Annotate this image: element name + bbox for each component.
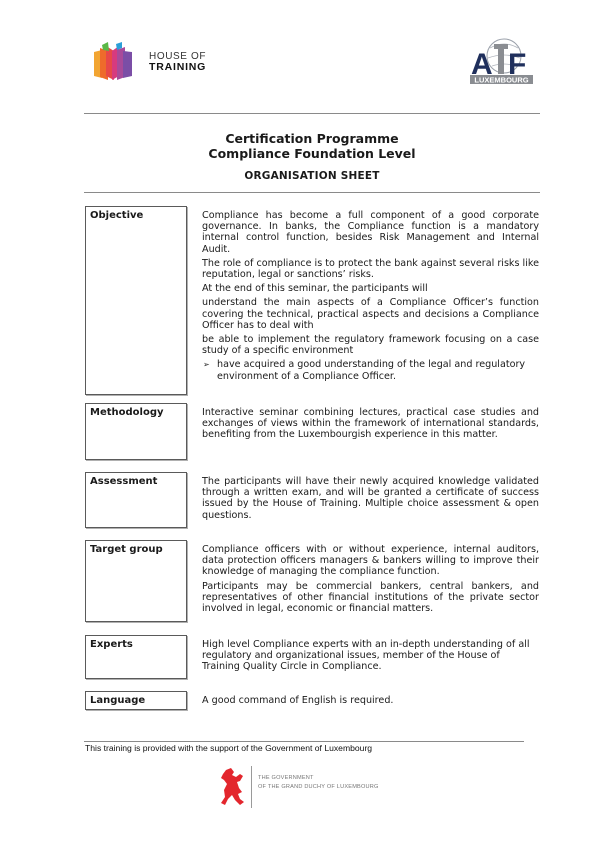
objective-label: Objective	[85, 206, 187, 395]
target-group-label: Target group	[85, 540, 187, 622]
arrow-bullet-icon: ➢	[202, 359, 217, 381]
target-group-paragraph: Compliance officers with or without expe…	[202, 544, 539, 578]
methodology-label: Methodology	[85, 403, 187, 460]
header-divider	[84, 113, 540, 114]
footer-divider	[84, 741, 524, 742]
house-of-training-logo: HOUSE OF TRAINING	[92, 42, 222, 82]
title-divider	[84, 192, 540, 193]
objective-paragraph: understand the main aspects of a Complia…	[202, 297, 539, 331]
assessment-content: The participants will have their newly a…	[202, 476, 539, 524]
organisation-sheet-heading: ORGANISATION SHEET	[84, 170, 540, 182]
objective-bullet: ➢ have acquired a good understanding of …	[202, 359, 539, 381]
title-line-1: Certification Programme	[84, 131, 540, 146]
red-lion-icon	[218, 766, 248, 808]
objective-content: Compliance has become a full component o…	[202, 210, 539, 382]
assessment-paragraph: The participants will have their newly a…	[202, 476, 539, 521]
luxembourg-government-logo: THE GOVERNMENT OF THE GRAND DUCHY OF LUX…	[218, 766, 418, 808]
language-paragraph: A good command of English is required.	[202, 695, 539, 706]
experts-content: High level Compliance experts with an in…	[202, 639, 539, 676]
target-group-content: Compliance officers with or without expe…	[202, 544, 539, 617]
objective-paragraph: At the end of this seminar, the particip…	[202, 283, 539, 294]
experts-paragraph: High level Compliance experts with an in…	[202, 639, 539, 673]
svg-text:LUXEMBOURG: LUXEMBOURG	[474, 76, 528, 85]
experts-label: Experts	[85, 635, 187, 679]
book-logo-icon	[92, 42, 134, 80]
language-label: Language	[85, 691, 187, 710]
gov-line-2: OF THE GRAND DUCHY OF LUXEMBOURG	[258, 783, 379, 792]
target-group-paragraph: Participants may be commercial bankers, …	[202, 581, 539, 615]
support-statement: This training is provided with the suppo…	[85, 743, 372, 753]
gov-line-1: THE GOVERNMENT	[258, 774, 379, 783]
objective-paragraph: Compliance has become a full component o…	[202, 210, 539, 255]
assessment-label: Assessment	[85, 472, 187, 528]
logo-line-2: TRAINING	[149, 62, 206, 73]
document-title: Certification Programme Compliance Found…	[84, 131, 540, 161]
logo-separator	[251, 766, 252, 808]
language-content: A good command of English is required.	[202, 695, 539, 709]
atf-globe-icon: A F LUXEMBOURG	[468, 36, 536, 84]
methodology-paragraph: Interactive seminar combining lectures, …	[202, 407, 539, 441]
methodology-content: Interactive seminar combining lectures, …	[202, 407, 539, 444]
objective-paragraph: be able to implement the regulatory fram…	[202, 334, 539, 356]
title-line-2: Compliance Foundation Level	[84, 146, 540, 161]
objective-paragraph: The role of compliance is to protect the…	[202, 258, 539, 280]
atf-luxembourg-logo: A F LUXEMBOURG	[468, 36, 536, 84]
